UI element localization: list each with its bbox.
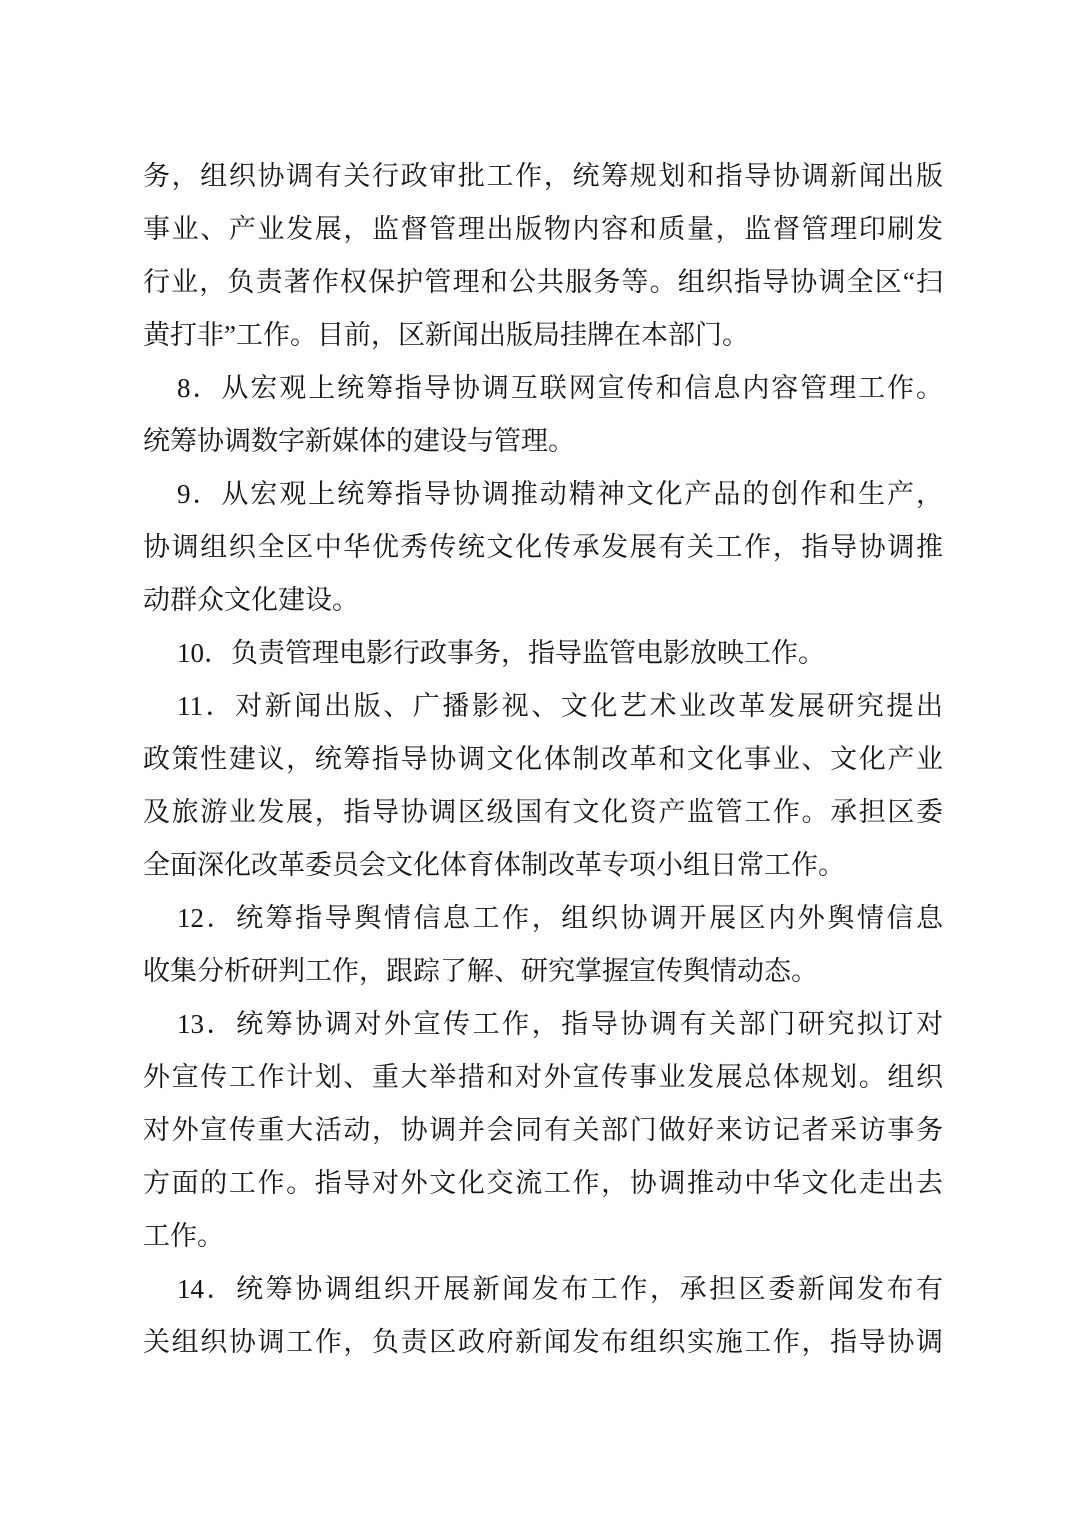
text-line: 及旅游业发展，指导协调区级国有文化资产监管工作。承担区委	[143, 786, 943, 839]
text-line: 12．统筹指导舆情信息工作，组织协调开展区内外舆情信息	[143, 892, 943, 945]
text-line: 外宣传工作计划、重大举措和对外宣传事业发展总体规划。组织	[143, 1051, 943, 1104]
paragraph-item-10: 10．负责管理电影行政事务，指导监管电影放映工作。	[143, 627, 943, 680]
text-line: 全面深化改革委员会文化体育体制改革专项小组日常工作。	[143, 839, 943, 892]
text-line: 事业、产业发展，监督管理出版物内容和质量，监督管理印刷发	[143, 203, 943, 256]
text-line: 务，组织协调有关行政审批工作，统筹规划和指导协调新闻出版	[143, 150, 943, 203]
text-line: 行业，负责著作权保护管理和公共服务等。组织指导协调全区“扫	[143, 256, 943, 309]
text-line: 收集分析研判工作，跟踪了解、研究掌握宣传舆情动态。	[143, 945, 943, 998]
paragraph-item-11: 11．对新闻出版、广播影视、文化艺术业改革发展研究提出 政策性建议，统筹指导协调…	[143, 680, 943, 892]
paragraph-item-9: 9．从宏观上统筹指导协调推动精神文化产品的创作和生产， 协调组织全区中华优秀传统…	[143, 468, 943, 627]
text-line: 对外宣传重大活动，协调并会同有关部门做好来访记者采访事务	[143, 1104, 943, 1157]
text-line: 关组织协调工作，负责区政府新闻发布组织实施工作，指导协调	[143, 1316, 943, 1369]
text-block: 务，组织协调有关行政审批工作，统筹规划和指导协调新闻出版 事业、产业发展，监督管…	[143, 150, 943, 1369]
paragraph-item-12: 12．统筹指导舆情信息工作，组织协调开展区内外舆情信息 收集分析研判工作，跟踪了…	[143, 892, 943, 998]
text-line: 协调组织全区中华优秀传统文化传承发展有关工作，指导协调推	[143, 521, 943, 574]
text-line: 动群众文化建设。	[143, 574, 943, 627]
text-line: 统筹协调数字新媒体的建设与管理。	[143, 415, 943, 468]
paragraph-continuation: 务，组织协调有关行政审批工作，统筹规划和指导协调新闻出版 事业、产业发展，监督管…	[143, 150, 943, 362]
text-line: 方面的工作。指导对外文化交流工作，协调推动中华文化走出去	[143, 1157, 943, 1210]
paragraph-item-13: 13．统筹协调对外宣传工作，指导协调有关部门研究拟订对 外宣传工作计划、重大举措…	[143, 998, 943, 1263]
text-line: 9．从宏观上统筹指导协调推动精神文化产品的创作和生产，	[143, 468, 943, 521]
text-line: 工作。	[143, 1210, 943, 1263]
paragraph-item-8: 8．从宏观上统筹指导协调互联网宣传和信息内容管理工作。 统筹协调数字新媒体的建设…	[143, 362, 943, 468]
text-line: 8．从宏观上统筹指导协调互联网宣传和信息内容管理工作。	[143, 362, 943, 415]
text-line: 黄打非”工作。目前，区新闻出版局挂牌在本部门。	[143, 309, 943, 362]
text-line: 11．对新闻出版、广播影视、文化艺术业改革发展研究提出	[143, 680, 943, 733]
paragraph-item-14: 14．统筹协调组织开展新闻发布工作，承担区委新闻发布有 关组织协调工作，负责区政…	[143, 1263, 943, 1369]
text-line: 14．统筹协调组织开展新闻发布工作，承担区委新闻发布有	[143, 1263, 943, 1316]
text-line: 政策性建议，统筹指导协调文化体制改革和文化事业、文化产业	[143, 733, 943, 786]
document-page: 务，组织协调有关行政审批工作，统筹规划和指导协调新闻出版 事业、产业发展，监督管…	[0, 0, 1074, 1520]
text-line: 13．统筹协调对外宣传工作，指导协调有关部门研究拟订对	[143, 998, 943, 1051]
text-line: 10．负责管理电影行政事务，指导监管电影放映工作。	[143, 627, 943, 680]
